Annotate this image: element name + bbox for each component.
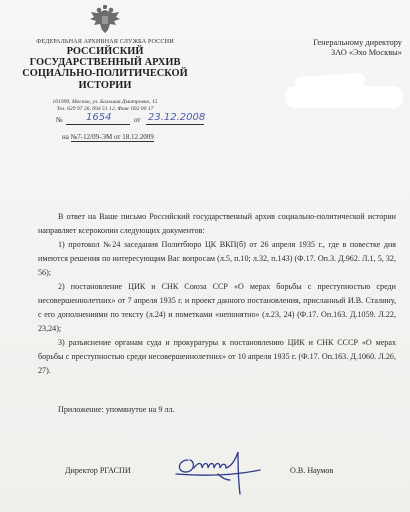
address-line: 101999, Москва, ул. Большая Дмитровка, 1…	[0, 99, 210, 106]
date-underline	[146, 124, 204, 125]
number-underline	[66, 124, 130, 125]
org-line: РОССИЙСКИЙ	[0, 46, 210, 57]
recipient-organization: ЗАО «Эхо Москвы»	[262, 48, 402, 58]
signatory-role: Директор РГАСПИ	[65, 466, 131, 475]
reference-line: на №7-12/09-ЭМ от 18.12.2009	[62, 133, 202, 141]
document-item: 2) постановление ЦИК и СНК Союза ССР «О …	[38, 280, 396, 336]
redaction-mark	[285, 86, 403, 108]
agency-name: ФЕДЕРАЛЬНАЯ АРХИВНАЯ СЛУЖБА РОССИИ	[0, 38, 210, 45]
reference-value: №7-12/09-ЭМ от 18.12.2009	[71, 133, 154, 142]
body-intro: В ответ на Ваше письмо Российский госуда…	[38, 210, 396, 238]
recipient-title: Генеральному директору	[262, 38, 402, 48]
date-label: от	[134, 116, 140, 124]
document-item: 1) протокол №24 заседания Политбюро ЦК В…	[38, 238, 396, 280]
reference-prefix: на	[62, 133, 69, 141]
handwritten-signature-icon	[172, 448, 262, 496]
double-headed-eagle-emblem-icon	[88, 4, 122, 34]
signatory-name: О.В. Наумов	[290, 466, 333, 475]
recipient-block: Генеральному директору ЗАО «Эхо Москвы»	[262, 38, 402, 58]
handwritten-date: 23.12.2008	[148, 112, 205, 123]
handwritten-number: 1654	[86, 112, 111, 123]
org-line: ГОСУДАРСТВЕННЫЙ АРХИВ	[0, 57, 210, 68]
organization-name: РОССИЙСКИЙ ГОСУДАРСТВЕННЫЙ АРХИВ СОЦИАЛЬ…	[0, 46, 210, 91]
organization-address: 101999, Москва, ул. Большая Дмитровка, 1…	[0, 99, 210, 113]
org-line: СОЦИАЛЬНО-ПОЛИТИЧЕСКОЙ	[0, 68, 210, 79]
attachment-note: Приложение: упомянутое на 9 лл.	[58, 405, 175, 414]
letter-body: В ответ на Ваше письмо Российский госуда…	[38, 210, 396, 378]
document-item: 3) разъяснение органам суда и прокуратур…	[38, 336, 396, 378]
org-line: ИСТОРИИ	[0, 80, 210, 91]
letter-page: ФЕДЕРАЛЬНАЯ АРХИВНАЯ СЛУЖБА РОССИИ РОССИ…	[0, 0, 410, 512]
number-label: №	[56, 116, 63, 124]
outgoing-number-line: № 1654 от 23.12.2008	[56, 116, 206, 130]
